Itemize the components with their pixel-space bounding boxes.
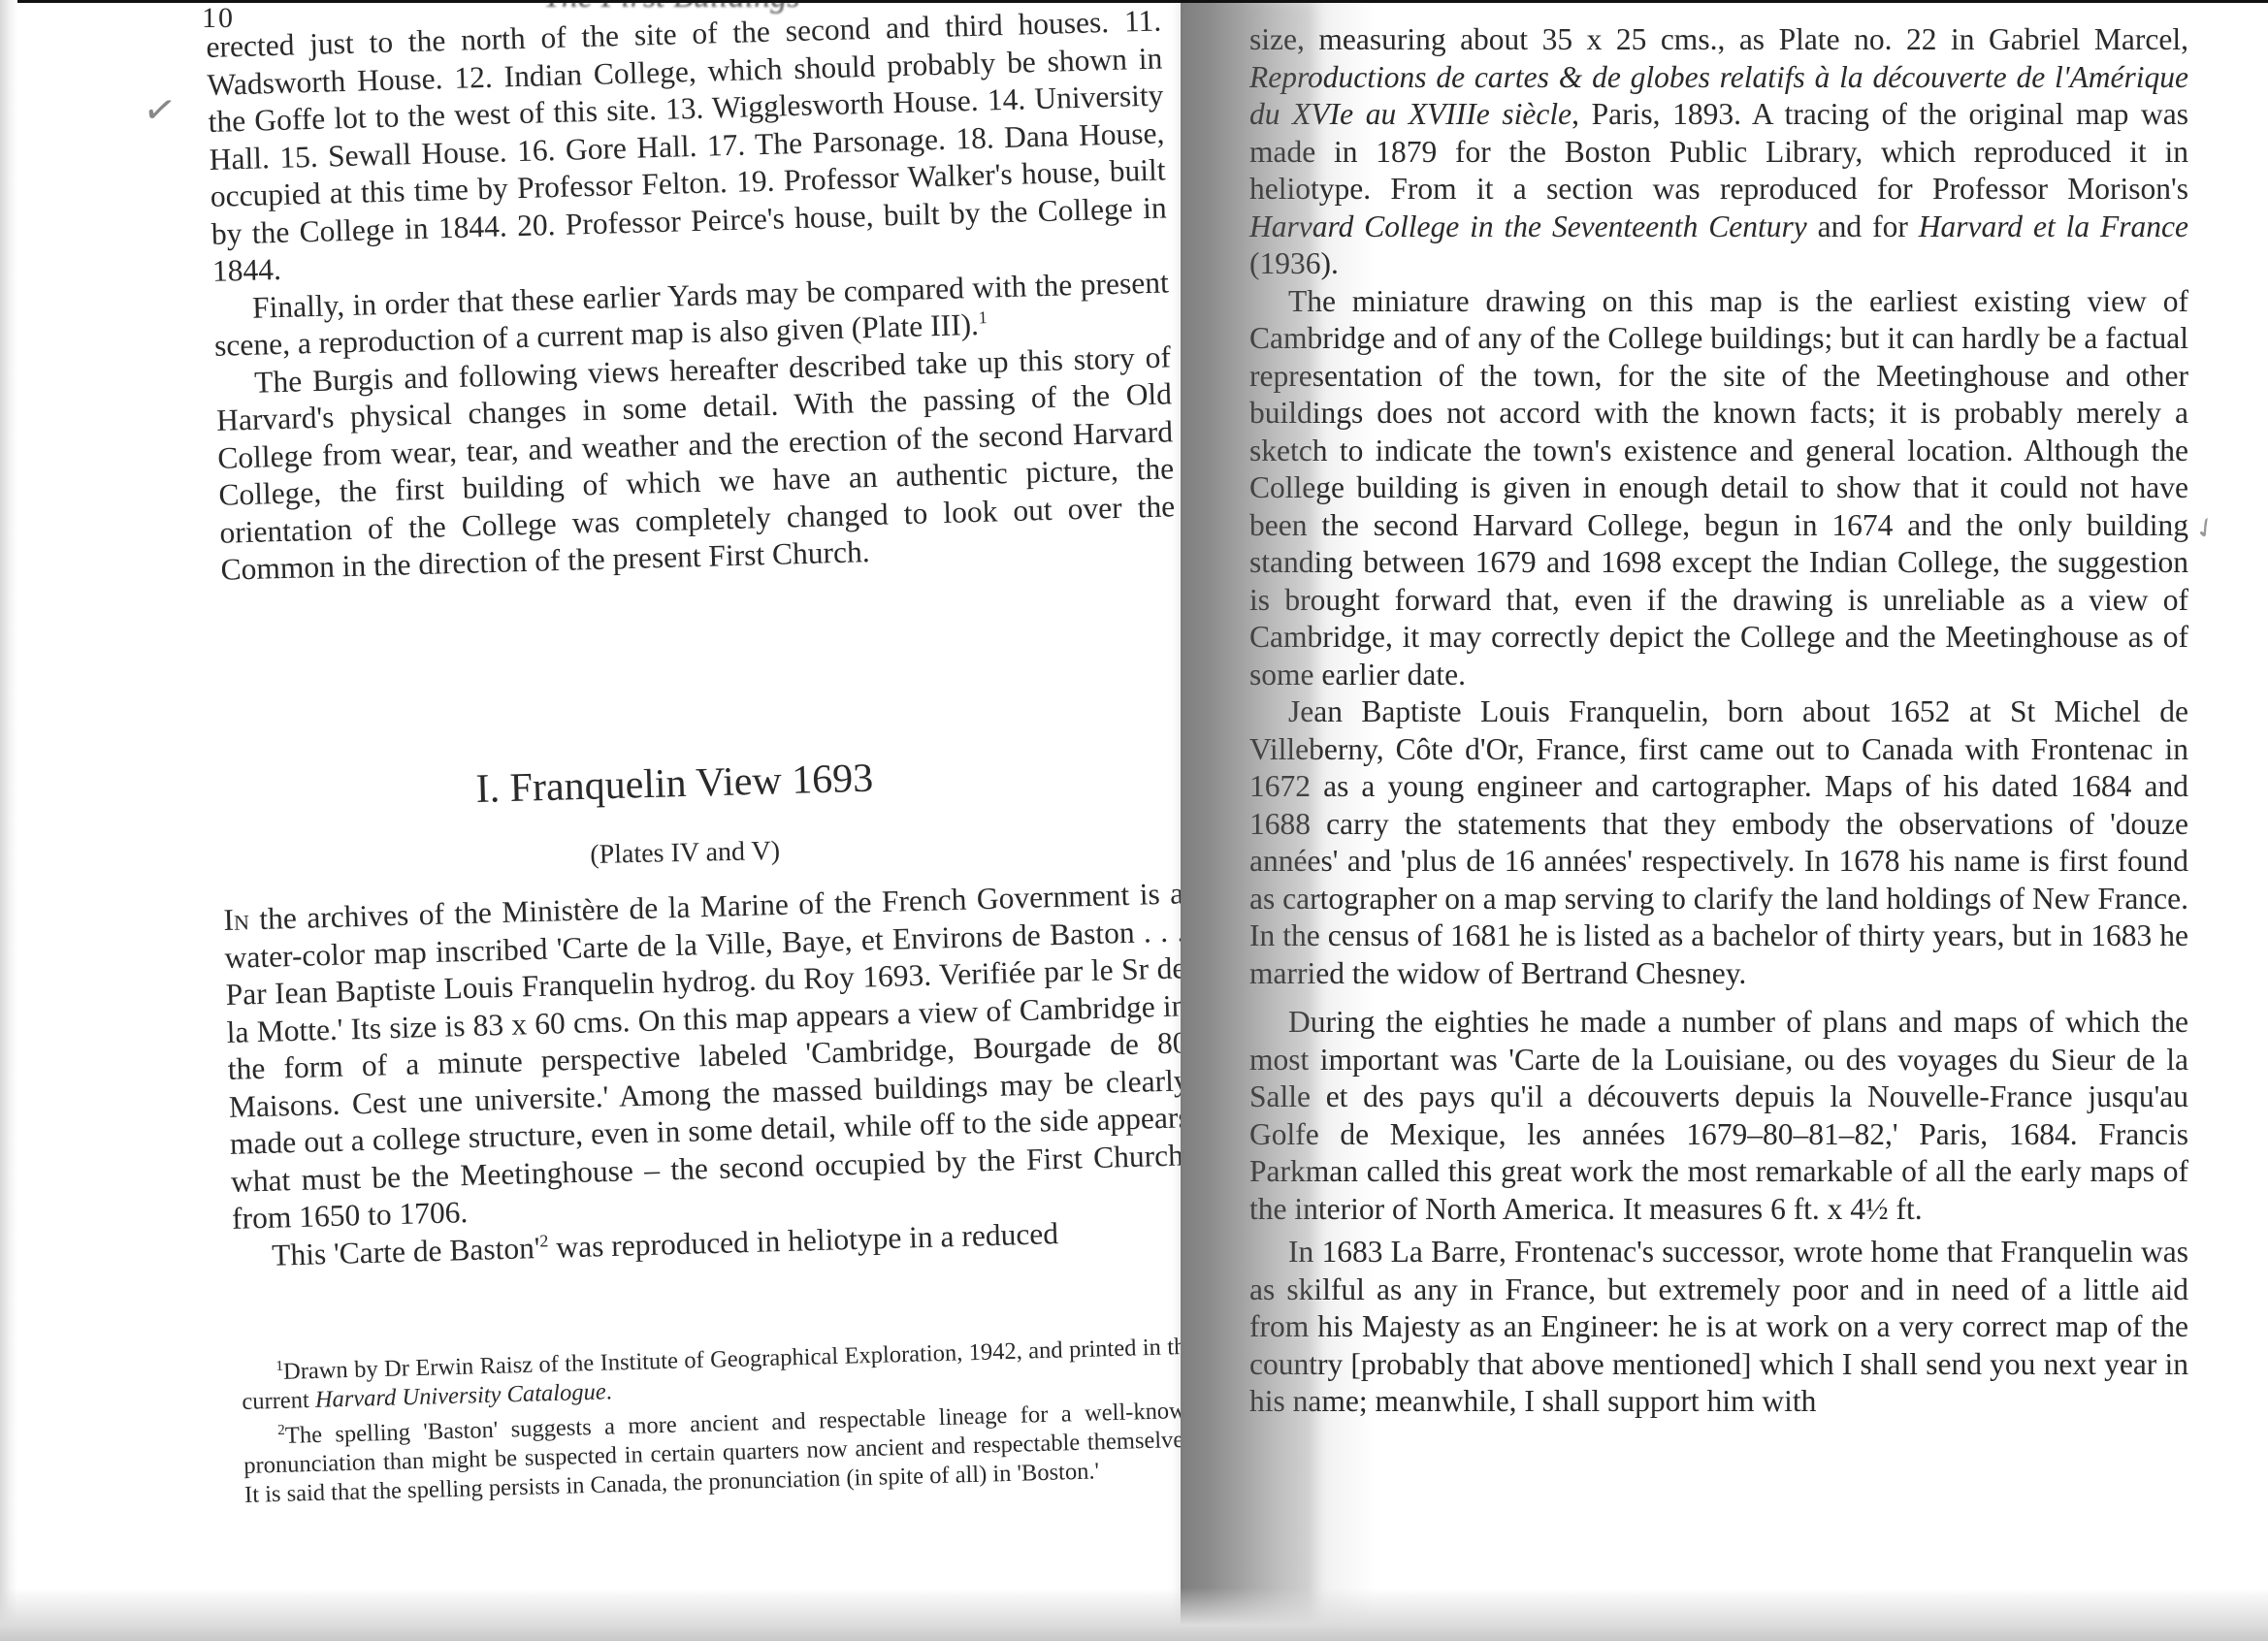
paragraph: In 1683 La Barre, Frontenac's successor,…	[1249, 1234, 2188, 1421]
page-edge	[0, 0, 17, 1641]
scan-bottom-shadow	[0, 1588, 2268, 1641]
footnotes: 1Drawn by Dr Erwin Raisz of the Institut…	[241, 1326, 1200, 1510]
chapter-title: Franquelin View 1693	[509, 756, 874, 811]
chapter-heading: I. Franquelin View 1693	[475, 756, 874, 813]
pencil-check-mark-icon: ✓	[140, 84, 179, 135]
left-page: 10 The First Buildings ✓ erected just to…	[0, 0, 1181, 1641]
gutter-blur	[1181, 0, 1316, 1641]
chapter-subtitle: (Plates IV and V)	[590, 836, 780, 871]
paragraph: During the eighties he made a number of …	[1249, 1004, 2188, 1228]
chapter-body: In the archives of the Ministère de la M…	[223, 875, 1193, 1274]
paragraph: size, measuring about 35 x 25 cms., as P…	[1249, 21, 2188, 283]
paragraph: The miniature drawing on this map is the…	[1249, 283, 2188, 694]
paragraph: In the archives of the Ministère de la M…	[223, 875, 1192, 1238]
scan-top-edge	[0, 0, 2268, 3]
paragraph: Jean Baptiste Louis Franquelin, born abo…	[1249, 693, 2188, 992]
left-top-text: erected just to the north of the site of…	[206, 2, 1177, 589]
right-page-text: size, measuring about 35 x 25 cms., as P…	[1249, 21, 2188, 1421]
paragraph: The Burgis and following views hereafter…	[215, 338, 1177, 589]
paragraph: erected just to the north of the site of…	[206, 2, 1168, 290]
chapter-number: I.	[475, 766, 501, 812]
footnote-ref: 1	[978, 307, 988, 327]
